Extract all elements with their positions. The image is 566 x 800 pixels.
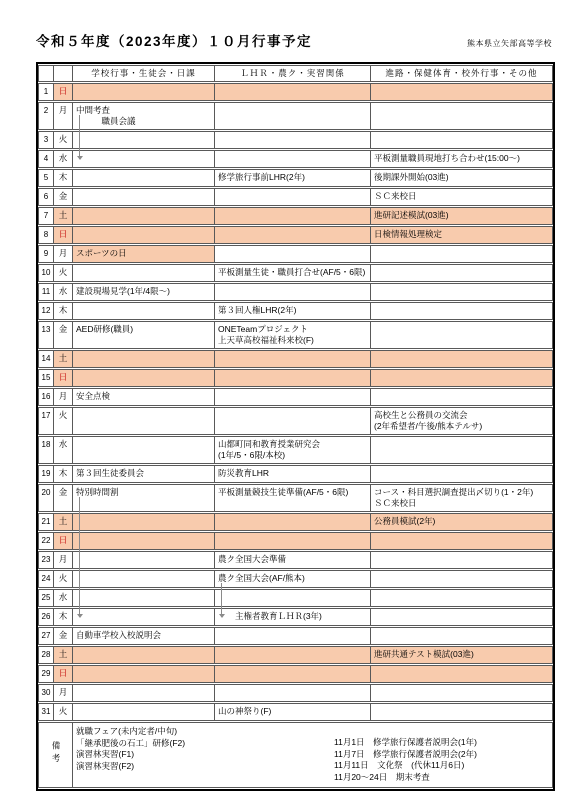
- date-cell: 28: [38, 646, 53, 664]
- remarks-item: 11月11日 文化祭 (代休11月6日): [334, 760, 549, 772]
- day-of-week-cell: 水: [53, 436, 72, 464]
- event-cell: [370, 131, 553, 149]
- date-cell: 14: [38, 350, 53, 368]
- event-cell: [214, 407, 370, 435]
- date-cell: 31: [38, 703, 53, 721]
- day-of-week-cell: 火: [53, 131, 72, 149]
- event-line: ONETeamプロジェクト: [218, 324, 367, 335]
- event-cell: ＳＣ来校日: [370, 188, 553, 206]
- date-cell: 11: [38, 283, 53, 301]
- date-cell: 20: [38, 484, 53, 512]
- event-line: (2年希望者/午後/熊本テルサ): [374, 421, 549, 432]
- event-cell: ONETeamプロジェクト上天草高校福祉科来校(F): [214, 321, 370, 349]
- duration-arrow: [221, 583, 222, 617]
- event-line: 進研共通テスト模試(03進): [374, 649, 549, 660]
- date-cell: 22: [38, 532, 53, 550]
- date-cell: 10: [38, 264, 53, 282]
- day-of-week-cell: 日: [53, 226, 72, 244]
- schedule-row: 27金自動車学校入校説明会: [38, 627, 553, 645]
- event-cell: [214, 513, 370, 531]
- schedule-row: 24火農ク全国大会(AF/熊本): [38, 570, 553, 588]
- day-of-week-cell: 金: [53, 484, 72, 512]
- event-cell: [72, 369, 214, 387]
- schedule-row: 10火平板測量生徒・職員打合せ(AF/5・6限): [38, 264, 553, 282]
- duration-arrow: [79, 115, 80, 159]
- event-cell: [370, 570, 553, 588]
- event-cell: [214, 283, 370, 301]
- event-line: 農ク全国大会(AF/熊本): [218, 573, 367, 584]
- event-line: 平板測量競技生徒準備(AF/5・6限): [218, 487, 367, 498]
- remarks-label: 備考: [50, 741, 61, 766]
- day-of-week-cell: 月: [53, 245, 72, 263]
- schedule-row: 29日: [38, 665, 553, 683]
- event-cell: 後期課外開始(03進): [370, 169, 553, 187]
- day-of-week-cell: 金: [53, 627, 72, 645]
- date-cell: 2: [38, 102, 53, 130]
- day-of-week-cell: 土: [53, 207, 72, 225]
- event-cell: [214, 131, 370, 149]
- event-cell: スポーツの日: [72, 245, 214, 263]
- event-cell: [72, 350, 214, 368]
- date-cell: 4: [38, 150, 53, 168]
- day-of-week-cell: 日: [53, 83, 72, 101]
- event-cell: [370, 321, 553, 349]
- day-of-week-cell: 土: [53, 513, 72, 531]
- day-of-week-cell: 火: [53, 703, 72, 721]
- event-line: 特別時間割: [76, 487, 211, 498]
- schedule-row: 7土進研記述模試(03進): [38, 207, 553, 225]
- date-cell: 18: [38, 436, 53, 464]
- date-cell: 1: [38, 83, 53, 101]
- event-cell: [214, 83, 370, 101]
- event-cell: 農ク全国大会準備: [214, 551, 370, 569]
- remarks-section: 備考 就職フェア(未内定者/中旬)「継承肥後の石工」研修(F2)演習林実習(F1…: [38, 722, 553, 788]
- page-header: 令和５年度（2023年度）１０月行事予定 熊本県立矢部高等学校: [36, 30, 552, 50]
- schedule-row: 22日: [38, 532, 553, 550]
- event-cell: 中間考査 職員会議: [72, 102, 214, 130]
- event-cell: [214, 388, 370, 406]
- event-cell: 主権者教育ＬＨＲ(3年): [214, 608, 370, 626]
- event-cell: コース・科目選択調査提出〆切り(1・2年)ＳＣ来校日: [370, 484, 553, 512]
- event-cell: 山都町同和教育授業研究会(1年/5・6限/本校): [214, 436, 370, 464]
- event-cell: [370, 388, 553, 406]
- event-line: 平板測量職員現地打ち合わせ(15:00～): [374, 153, 549, 164]
- event-cell: [214, 102, 370, 130]
- event-cell: [370, 350, 553, 368]
- event-line: 自動車学校入校説明会: [76, 630, 211, 641]
- duration-arrow: [79, 497, 80, 617]
- header-school-events: 学校行事・生徒会・日課: [72, 65, 214, 82]
- event-cell: [72, 665, 214, 683]
- event-cell: [72, 264, 214, 282]
- schedule-row: 11水建設現場見学(1年/4限～): [38, 283, 553, 301]
- event-cell: 日検情報処理検定: [370, 226, 553, 244]
- event-cell: 公務員模試(2年): [370, 513, 553, 531]
- event-line: 第３回生徒委員会: [76, 468, 211, 479]
- event-line: 職員会議: [76, 116, 211, 127]
- event-cell: 安全点検: [72, 388, 214, 406]
- schedule-row: 6金ＳＣ来校日: [38, 188, 553, 206]
- event-cell: [370, 608, 553, 626]
- event-cell: 特別時間割: [72, 484, 214, 512]
- schedule-row: 25水: [38, 589, 553, 607]
- event-line: ＳＣ来校日: [374, 498, 549, 509]
- schedule-row: 4水平板測量職員現地打ち合わせ(15:00～): [38, 150, 553, 168]
- event-line: AED研修(職員): [76, 324, 211, 335]
- table-header: 学校行事・生徒会・日課 ＬＨＲ・農ク・実習関係 進路・保健体育・校外行事・その他: [38, 65, 553, 82]
- event-cell: 防災教育LHR: [214, 465, 370, 483]
- date-cell: 19: [38, 465, 53, 483]
- schedule-grid: 学校行事・生徒会・日課 ＬＨＲ・農ク・実習関係 進路・保健体育・校外行事・その他…: [38, 64, 553, 789]
- schedule-row: 5木修学旅行事前LHR(2年)後期課外開始(03進): [38, 169, 553, 187]
- event-cell: 第３回人権LHR(2年): [214, 302, 370, 320]
- schedule-row: 26木 主権者教育ＬＨＲ(3年): [38, 608, 553, 626]
- schedule-row: 3火: [38, 131, 553, 149]
- event-line: 主権者教育ＬＨＲ(3年): [218, 611, 367, 622]
- event-line: ＳＣ来校日: [374, 191, 549, 202]
- event-cell: [72, 551, 214, 569]
- event-cell: [370, 83, 553, 101]
- remarks-item: 11月1日 修学旅行保護者説明会(1年): [334, 737, 549, 749]
- day-of-week-cell: 月: [53, 102, 72, 130]
- schedule-row: 2月中間考査 職員会議: [38, 102, 553, 130]
- date-cell: 30: [38, 684, 53, 702]
- date-cell: 3: [38, 131, 53, 149]
- remarks-left-list: 就職フェア(未内定者/中旬)「継承肥後の石工」研修(F2)演習林実習(F1)演習…: [76, 726, 334, 772]
- event-cell: [72, 188, 214, 206]
- event-line: 公務員模試(2年): [374, 516, 549, 527]
- date-cell: 27: [38, 627, 53, 645]
- date-cell: 9: [38, 245, 53, 263]
- event-cell: [214, 207, 370, 225]
- event-cell: 第３回生徒委員会: [72, 465, 214, 483]
- date-cell: 15: [38, 369, 53, 387]
- remarks-row: 備考 就職フェア(未内定者/中旬)「継承肥後の石工」研修(F2)演習林実習(F1…: [38, 722, 553, 788]
- remarks-item: 「継承肥後の石工」研修(F2): [76, 738, 334, 750]
- event-cell: [214, 350, 370, 368]
- header-dow-col: [53, 65, 72, 82]
- date-cell: 16: [38, 388, 53, 406]
- event-line: 防災教育LHR: [218, 468, 367, 479]
- date-cell: 25: [38, 589, 53, 607]
- header-career: 進路・保健体育・校外行事・その他: [370, 65, 553, 82]
- event-cell: 平板測量生徒・職員打合せ(AF/5・6限): [214, 264, 370, 282]
- schedule-row: 13金AED研修(職員)ONETeamプロジェクト上天草高校福祉科来校(F): [38, 321, 553, 349]
- day-of-week-cell: 金: [53, 188, 72, 206]
- day-of-week-cell: 月: [53, 388, 72, 406]
- event-cell: [72, 436, 214, 464]
- event-cell: [214, 188, 370, 206]
- remarks-label-cell: 備考: [38, 722, 72, 788]
- day-of-week-cell: 土: [53, 646, 72, 664]
- remarks-item: 11月7日 修学旅行保護者説明会(2年): [334, 749, 549, 761]
- event-line: 中間考査: [76, 105, 211, 116]
- schedule-page: 令和５年度（2023年度）１０月行事予定 熊本県立矢部高等学校 学校行事・生徒会…: [0, 0, 566, 800]
- date-cell: 13: [38, 321, 53, 349]
- event-line: 山の神祭り(F): [218, 706, 367, 717]
- event-cell: [214, 226, 370, 244]
- header-lhr: ＬＨＲ・農ク・実習関係: [214, 65, 370, 82]
- event-cell: [214, 369, 370, 387]
- table-body: 1日2月中間考査 職員会議3火4水平板測量職員現地打ち合わせ(15:00～)5木…: [38, 83, 553, 721]
- event-cell: [370, 589, 553, 607]
- schedule-row: 28土進研共通テスト模試(03進): [38, 646, 553, 664]
- event-cell: [72, 150, 214, 168]
- event-line: 後期課外開始(03進): [374, 172, 549, 183]
- date-cell: 7: [38, 207, 53, 225]
- remarks-item: 演習林実習(F2): [76, 761, 334, 773]
- schedule-row: 30月: [38, 684, 553, 702]
- schedule-row: 16月安全点検: [38, 388, 553, 406]
- event-cell: [72, 226, 214, 244]
- event-cell: [72, 407, 214, 435]
- day-of-week-cell: 月: [53, 684, 72, 702]
- event-cell: 農ク全国大会(AF/熊本): [214, 570, 370, 588]
- date-cell: 23: [38, 551, 53, 569]
- schedule-row: 18水山都町同和教育授業研究会(1年/5・6限/本校): [38, 436, 553, 464]
- event-cell: [370, 436, 553, 464]
- event-cell: [370, 532, 553, 550]
- event-cell: 自動車学校入校説明会: [72, 627, 214, 645]
- event-line: 高校生と公務員の交流会: [374, 410, 549, 421]
- event-cell: [72, 532, 214, 550]
- event-line: 安全点検: [76, 391, 211, 402]
- day-of-week-cell: 木: [53, 608, 72, 626]
- schedule-row: 20金特別時間割平板測量競技生徒準備(AF/5・6限)コース・科目選択調査提出〆…: [38, 484, 553, 512]
- event-cell: [214, 627, 370, 645]
- date-cell: 6: [38, 188, 53, 206]
- event-cell: [72, 302, 214, 320]
- event-cell: [214, 646, 370, 664]
- event-cell: 平板測量競技生徒準備(AF/5・6限): [214, 484, 370, 512]
- event-line: (1年/5・6限/本校): [218, 450, 367, 461]
- schedule-row: 17火高校生と公務員の交流会(2年希望者/午後/熊本テルサ): [38, 407, 553, 435]
- day-of-week-cell: 火: [53, 264, 72, 282]
- event-cell: [370, 684, 553, 702]
- event-cell: [72, 169, 214, 187]
- event-cell: [72, 589, 214, 607]
- day-of-week-cell: 水: [53, 150, 72, 168]
- event-cell: [72, 684, 214, 702]
- event-line: 山都町同和教育授業研究会: [218, 439, 367, 450]
- schedule-row: 12木第３回人権LHR(2年): [38, 302, 553, 320]
- schedule-row: 23月農ク全国大会準備: [38, 551, 553, 569]
- school-name: 熊本県立矢部高等学校: [467, 38, 552, 50]
- event-line: 平板測量生徒・職員打合せ(AF/5・6限): [218, 267, 367, 278]
- date-cell: 26: [38, 608, 53, 626]
- event-cell: [214, 665, 370, 683]
- event-cell: [72, 570, 214, 588]
- event-cell: [370, 102, 553, 130]
- day-of-week-cell: 木: [53, 465, 72, 483]
- event-line: 日検情報処理検定: [374, 229, 549, 240]
- event-line: 修学旅行事前LHR(2年): [218, 172, 367, 183]
- event-cell: [370, 465, 553, 483]
- event-cell: 平板測量職員現地打ち合わせ(15:00～): [370, 150, 553, 168]
- day-of-week-cell: 土: [53, 350, 72, 368]
- event-cell: 進研共通テスト模試(03進): [370, 646, 553, 664]
- schedule-row: 14土: [38, 350, 553, 368]
- remarks-item: 11月20～24日 期末考査: [334, 772, 549, 784]
- date-cell: 5: [38, 169, 53, 187]
- date-cell: 21: [38, 513, 53, 531]
- event-line: 建設現場見学(1年/4限～): [76, 286, 211, 297]
- remarks-right-list: 11月1日 修学旅行保護者説明会(1年)11月7日 修学旅行保護者説明会(2年)…: [334, 726, 549, 783]
- event-cell: [72, 131, 214, 149]
- event-cell: [214, 684, 370, 702]
- day-of-week-cell: 日: [53, 532, 72, 550]
- event-line: コース・科目選択調査提出〆切り(1・2年): [374, 487, 549, 498]
- day-of-week-cell: 木: [53, 169, 72, 187]
- event-cell: [370, 703, 553, 721]
- event-cell: [370, 627, 553, 645]
- page-title: 令和５年度（2023年度）１０月行事予定: [36, 30, 312, 50]
- day-of-week-cell: 金: [53, 321, 72, 349]
- event-cell: AED研修(職員): [72, 321, 214, 349]
- event-line: 進研記述模試(03進): [374, 210, 549, 221]
- schedule-row: 15日: [38, 369, 553, 387]
- date-cell: 24: [38, 570, 53, 588]
- day-of-week-cell: 日: [53, 665, 72, 683]
- event-cell: [370, 264, 553, 282]
- event-cell: [214, 532, 370, 550]
- event-cell: [370, 551, 553, 569]
- event-cell: [214, 150, 370, 168]
- remarks-item: 就職フェア(未内定者/中旬): [76, 726, 334, 738]
- event-cell: [72, 513, 214, 531]
- schedule-row: 21土公務員模試(2年): [38, 513, 553, 531]
- schedule-row: 31火山の神祭り(F): [38, 703, 553, 721]
- event-line: 第３回人権LHR(2年): [218, 305, 367, 316]
- event-cell: [72, 608, 214, 626]
- schedule-table: 学校行事・生徒会・日課 ＬＨＲ・農ク・実習関係 進路・保健体育・校外行事・その他…: [36, 62, 555, 791]
- event-cell: 修学旅行事前LHR(2年): [214, 169, 370, 187]
- event-line: スポーツの日: [76, 248, 211, 259]
- event-cell: [72, 83, 214, 101]
- day-of-week-cell: 日: [53, 369, 72, 387]
- date-cell: 12: [38, 302, 53, 320]
- event-cell: 山の神祭り(F): [214, 703, 370, 721]
- schedule-row: 1日: [38, 83, 553, 101]
- schedule-row: 9月スポーツの日: [38, 245, 553, 263]
- remarks-item: 演習林実習(F1): [76, 749, 334, 761]
- event-cell: 建設現場見学(1年/4限～): [72, 283, 214, 301]
- schedule-row: 19木第３回生徒委員会防災教育LHR: [38, 465, 553, 483]
- day-of-week-cell: 水: [53, 589, 72, 607]
- event-cell: [214, 589, 370, 607]
- event-cell: 進研記述模試(03進): [370, 207, 553, 225]
- day-of-week-cell: 水: [53, 283, 72, 301]
- date-cell: 29: [38, 665, 53, 683]
- event-cell: [214, 245, 370, 263]
- schedule-row: 8日日検情報処理検定: [38, 226, 553, 244]
- header-date-col: [38, 65, 53, 82]
- event-cell: [370, 245, 553, 263]
- event-cell: [72, 703, 214, 721]
- event-cell: [370, 665, 553, 683]
- event-cell: [370, 283, 553, 301]
- event-line: 農ク全国大会準備: [218, 554, 367, 565]
- event-line: 上天草高校福祉科来校(F): [218, 335, 367, 346]
- event-cell: 高校生と公務員の交流会(2年希望者/午後/熊本テルサ): [370, 407, 553, 435]
- date-cell: 17: [38, 407, 53, 435]
- day-of-week-cell: 火: [53, 570, 72, 588]
- day-of-week-cell: 月: [53, 551, 72, 569]
- event-cell: [72, 646, 214, 664]
- remarks-content-cell: 就職フェア(未内定者/中旬)「継承肥後の石工」研修(F2)演習林実習(F1)演習…: [72, 722, 553, 788]
- day-of-week-cell: 火: [53, 407, 72, 435]
- event-cell: [370, 369, 553, 387]
- event-cell: [370, 302, 553, 320]
- day-of-week-cell: 木: [53, 302, 72, 320]
- date-cell: 8: [38, 226, 53, 244]
- event-cell: [72, 207, 214, 225]
